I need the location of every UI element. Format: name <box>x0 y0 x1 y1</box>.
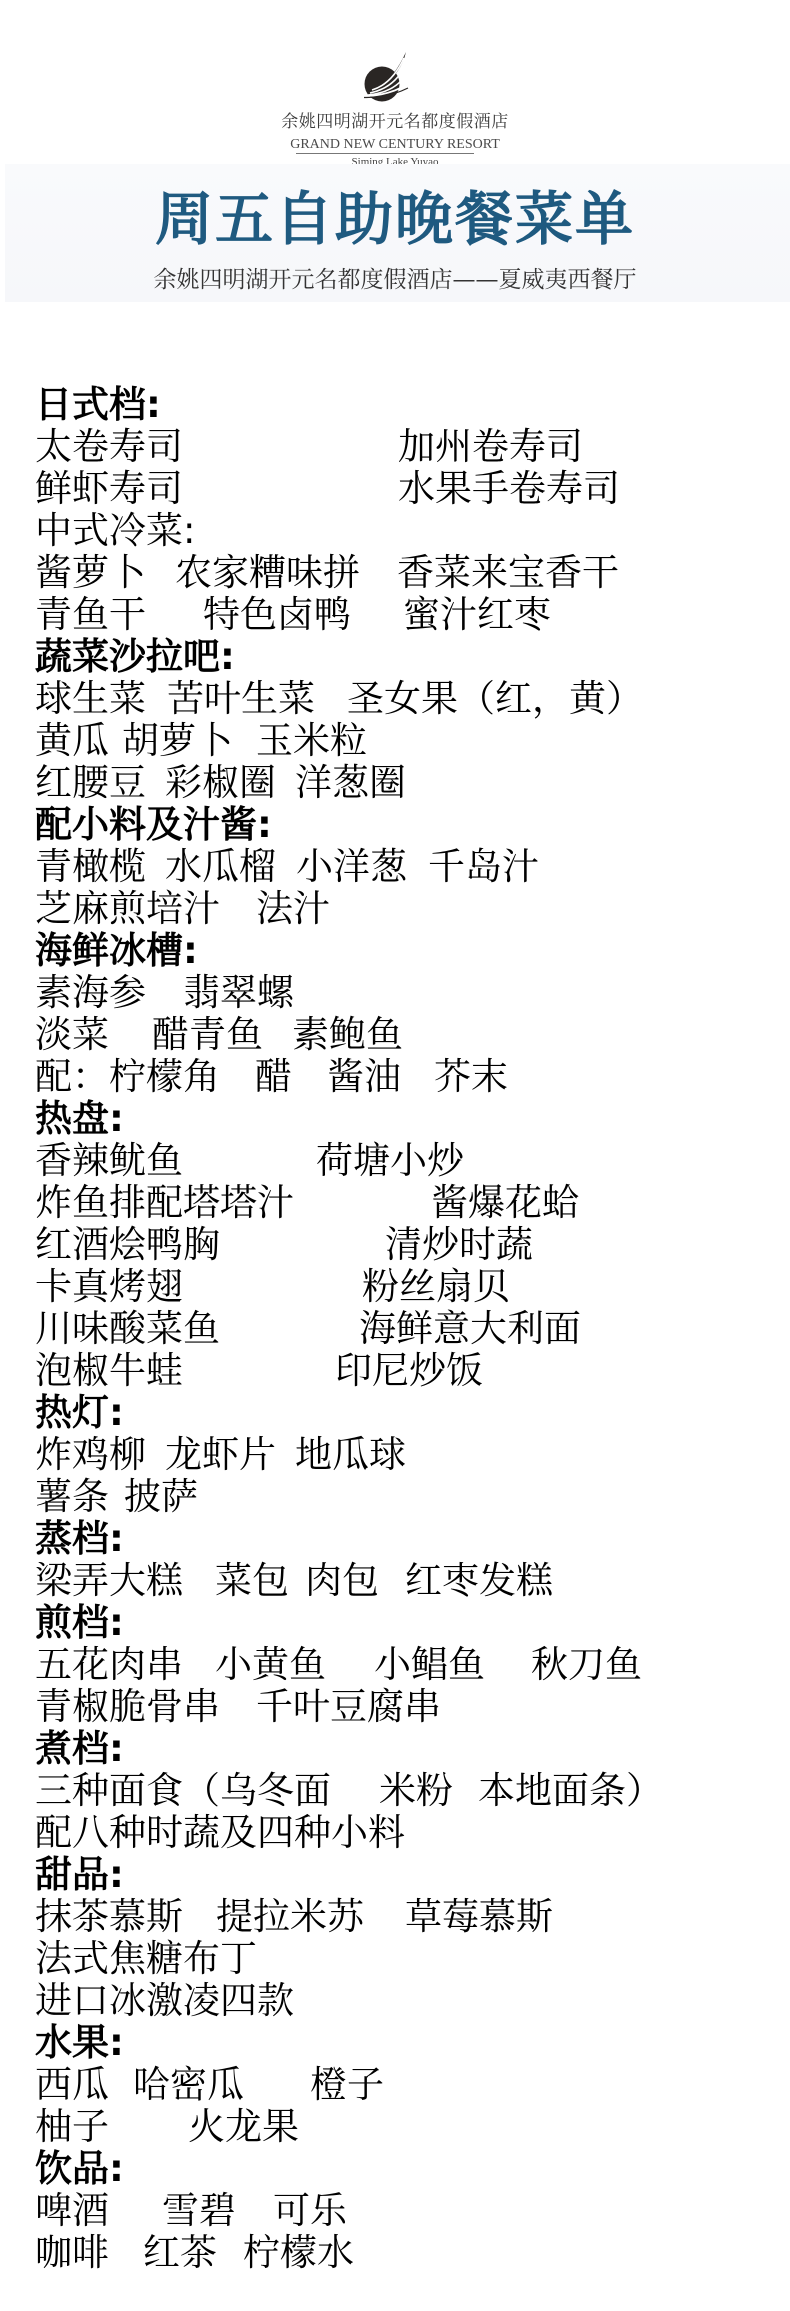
logo-divider <box>296 153 474 154</box>
menu-item: 秋刀鱼 <box>531 1644 642 1686</box>
menu-section-heading: 海鲜冰槽: <box>0 930 790 972</box>
menu-section-heading: 日式档: <box>0 384 790 426</box>
menu-item: 小鲳鱼 <box>374 1644 485 1686</box>
menu-item: 洋葱圈 <box>295 762 406 804</box>
section-title: 饮品: <box>35 2148 124 2190</box>
section-title: 水果: <box>35 2022 124 2064</box>
section-title: 热灯: <box>35 1392 124 1434</box>
menu-item: 红腰豆 <box>35 762 146 804</box>
menu-item: 清炒时蔬 <box>385 1224 533 1266</box>
menu-item: 酱萝卜 <box>35 552 146 594</box>
menu-item-row: 卡真烤翅粉丝扇贝 <box>0 1266 790 1308</box>
menu-item-row: 配：柠檬角醋酱油芥末 <box>0 1056 790 1098</box>
menu-item: 柠檬水 <box>243 2232 354 2274</box>
menu-item: 薯条 <box>35 1476 109 1518</box>
menu-subsection-heading: 中式冷菜: <box>0 510 790 552</box>
menu-item: 米粉 <box>379 1770 453 1812</box>
menu-section-heading: 水果: <box>0 2022 790 2064</box>
menu-item: 小黄鱼 <box>215 1644 326 1686</box>
menu-item-row: 泡椒牛蛙印尼炒饭 <box>0 1350 790 1392</box>
menu-item-row: 五花肉串小黄鱼小鲳鱼秋刀鱼 <box>0 1644 790 1686</box>
section-title: 热盘: <box>35 1098 124 1140</box>
menu-item: 球生菜 <box>35 678 146 720</box>
menu-item: 柚子 <box>35 2106 109 2148</box>
section-title: 蔬菜沙拉吧: <box>35 636 235 678</box>
menu-item: 青橄榄 <box>35 846 146 888</box>
menu-item-row: 炸鸡柳龙虾片地瓜球 <box>0 1434 790 1476</box>
menu-item-row: 香辣鱿鱼荷塘小炒 <box>0 1140 790 1182</box>
menu-item: 提拉米苏 <box>216 1896 364 1938</box>
menu-item: 芝麻煎培汁 <box>35 888 220 930</box>
menu-item: 海鲜意大利面 <box>359 1308 581 1350</box>
menu-item: 千叶豆腐串 <box>256 1686 441 1728</box>
menu-item: 印尼炒饭 <box>335 1350 483 1392</box>
menu-item: 可乐 <box>273 2190 347 2232</box>
menu-item: 翡翠螺 <box>183 972 294 1014</box>
menu-item-row: 抹茶慕斯提拉米苏草莓慕斯 <box>0 1896 790 1938</box>
menu-item: 加州卷寿司 <box>398 426 583 468</box>
menu-item: 哈密瓜 <box>133 2064 244 2106</box>
section-title: 配小料及汁酱: <box>35 804 272 846</box>
menu-item: 太卷寿司 <box>35 426 183 468</box>
menu-item: 黄瓜 <box>35 720 109 762</box>
menu-item-row: 青橄榄水瓜榴小洋葱千岛汁 <box>0 846 790 888</box>
menu-item: 肉包 <box>305 1560 379 1602</box>
menu-item: 醋 <box>255 1056 292 1098</box>
menu-item-row: 咖啡红茶柠檬水 <box>0 2232 790 2274</box>
menu-item: 青椒脆骨串 <box>35 1686 220 1728</box>
menu-item: 农家糟味拼 <box>175 552 360 594</box>
menu-item: 红枣发糕 <box>405 1560 553 1602</box>
menu-item: 炸鱼排配塔塔汁 <box>35 1182 294 1224</box>
menu-item: 淡菜 <box>35 1014 109 1056</box>
menu-item: 小洋葱 <box>296 846 407 888</box>
menu-item-row: 黄瓜胡萝卜玉米粒 <box>0 720 790 762</box>
menu-item: 菜包 <box>215 1560 289 1602</box>
menu-item: 青鱼干 <box>35 594 146 636</box>
menu-section-heading: 热盘: <box>0 1098 790 1140</box>
menu-item: 红茶 <box>143 2232 217 2274</box>
menu-item-row: 红酒烩鸭胸清炒时蔬 <box>0 1224 790 1266</box>
menu-item-row: 配八种时蔬及四种小料 <box>0 1812 790 1854</box>
menu-item-row: 青椒脆骨串千叶豆腐串 <box>0 1686 790 1728</box>
hotel-name-cn: 余姚四明湖开元名都度假酒店 <box>0 112 790 132</box>
menu-item-row: 西瓜哈密瓜橙子 <box>0 2064 790 2106</box>
menu-item-row: 梁弄大糕菜包肉包红枣发糕 <box>0 1560 790 1602</box>
menu-item-row: 啤酒雪碧可乐 <box>0 2190 790 2232</box>
menu-item-row: 川味酸菜鱼海鲜意大利面 <box>0 1308 790 1350</box>
page-subtitle: 余姚四明湖开元名都度假酒店——夏威夷西餐厅 <box>0 266 790 294</box>
menu-item-row: 红腰豆彩椒圈洋葱圈 <box>0 762 790 804</box>
menu-item-row: 鲜虾寿司水果手卷寿司 <box>0 468 790 510</box>
menu-item: 酱油 <box>327 1056 401 1098</box>
menu-item-row: 法式焦糖布丁 <box>0 1938 790 1980</box>
menu-item: 地瓜球 <box>295 1434 406 1476</box>
menu-item-row: 酱萝卜农家糟味拼香菜来宝香干 <box>0 552 790 594</box>
menu-item: 川味酸菜鱼 <box>35 1308 220 1350</box>
menu-item: 抹茶慕斯 <box>35 1896 183 1938</box>
menu-item: 圣女果（红，黄） <box>347 678 643 720</box>
section-title: 煮档: <box>35 1728 124 1770</box>
menu-item: 醋青鱼 <box>152 1014 263 1056</box>
menu-item: 炸鸡柳 <box>35 1434 146 1476</box>
menu-item: 彩椒圈 <box>165 762 276 804</box>
menu-item: 特色卤鸭 <box>203 594 351 636</box>
menu-item: 草莓慕斯 <box>405 1896 553 1938</box>
menu-section-heading: 甜品: <box>0 1854 790 1896</box>
hotel-name-en: GRAND NEW CENTURY RESORT <box>0 137 790 153</box>
menu-item: 荷塘小炒 <box>316 1140 464 1182</box>
section-title: 海鲜冰槽: <box>35 930 198 972</box>
menu-section-heading: 配小料及汁酱: <box>0 804 790 846</box>
menu-item: 鲜虾寿司 <box>35 468 183 510</box>
section-title: 煎档: <box>35 1602 124 1644</box>
menu-item: 配：柠檬角 <box>35 1056 220 1098</box>
menu-item: 法汁 <box>256 888 330 930</box>
menu-item: 啤酒 <box>35 2190 109 2232</box>
section-title: 中式冷菜: <box>35 510 195 552</box>
menu-item-row: 薯条披萨 <box>0 1476 790 1518</box>
menu-item-row: 炸鱼排配塔塔汁酱爆花蛤 <box>0 1182 790 1224</box>
menu-item: 香菜来宝香干 <box>397 552 619 594</box>
menu-item: 水瓜榴 <box>165 846 276 888</box>
menu-item: 雪碧 <box>162 2190 236 2232</box>
menu-section-heading: 煮档: <box>0 1728 790 1770</box>
menu-item: 卡真烤翅 <box>35 1266 183 1308</box>
menu-section-heading: 热灯: <box>0 1392 790 1434</box>
menu-item-row: 三种面食（乌冬面米粉本地面条） <box>0 1770 790 1812</box>
menu-item-row: 素海参翡翠螺 <box>0 972 790 1014</box>
section-title: 蒸档: <box>35 1518 124 1560</box>
menu-item-row: 青鱼干特色卤鸭蜜汁红枣 <box>0 594 790 636</box>
menu-item: 玉米粒 <box>256 720 367 762</box>
menu-item: 进口冰激凌四款 <box>35 1980 294 2022</box>
menu-item-row: 球生菜苦叶生菜圣女果（红，黄） <box>0 678 790 720</box>
menu-section-heading: 煎档: <box>0 1602 790 1644</box>
menu-item: 红酒烩鸭胸 <box>35 1224 220 1266</box>
menu-item-row: 太卷寿司加州卷寿司 <box>0 426 790 468</box>
menu-item: 素海参 <box>35 972 146 1014</box>
menu-item: 龙虾片 <box>165 1434 276 1476</box>
menu-item: 橙子 <box>310 2064 384 2106</box>
menu-item: 蜜汁红枣 <box>403 594 551 636</box>
menu-item-row: 淡菜醋青鱼素鲍鱼 <box>0 1014 790 1056</box>
menu-item: 千岛汁 <box>428 846 539 888</box>
wing-sun-logo-icon <box>350 48 414 106</box>
menu-item: 法式焦糖布丁 <box>35 1938 257 1980</box>
menu-item: 香辣鱿鱼 <box>35 1140 183 1182</box>
menu-item: 西瓜 <box>35 2064 109 2106</box>
menu-section-heading: 蒸档: <box>0 1518 790 1560</box>
menu-item: 酱爆花蛤 <box>431 1182 579 1224</box>
menu-item-row: 柚子火龙果 <box>0 2106 790 2148</box>
menu-item: 胡萝卜 <box>122 720 233 762</box>
menu-section-heading: 蔬菜沙拉吧: <box>0 636 790 678</box>
menu-section-heading: 饮品: <box>0 2148 790 2190</box>
menu-item: 披萨 <box>124 1476 198 1518</box>
section-title: 甜品: <box>35 1854 124 1896</box>
menu-item: 素鲍鱼 <box>292 1014 403 1056</box>
menu-item: 苦叶生菜 <box>167 678 315 720</box>
page-title: 周五自助晚餐菜单 <box>0 184 790 254</box>
menu-item: 水果手卷寿司 <box>398 468 620 510</box>
menu-item: 粉丝扇贝 <box>362 1266 510 1308</box>
menu-item: 火龙果 <box>188 2106 299 2148</box>
menu-item: 本地面条） <box>478 1770 663 1812</box>
menu-item: 梁弄大糕 <box>35 1560 183 1602</box>
menu-item: 咖啡 <box>35 2232 109 2274</box>
menu-item: 泡椒牛蛙 <box>35 1350 183 1392</box>
menu-item: 芥末 <box>434 1056 508 1098</box>
menu-item-row: 芝麻煎培汁法汁 <box>0 888 790 930</box>
menu-item: 三种面食（乌冬面 <box>35 1770 331 1812</box>
menu-item: 五花肉串 <box>35 1644 183 1686</box>
menu-item: 配八种时蔬及四种小料 <box>35 1812 405 1854</box>
section-title: 日式档: <box>35 384 161 426</box>
menu-item-row: 进口冰激凌四款 <box>0 1980 790 2022</box>
